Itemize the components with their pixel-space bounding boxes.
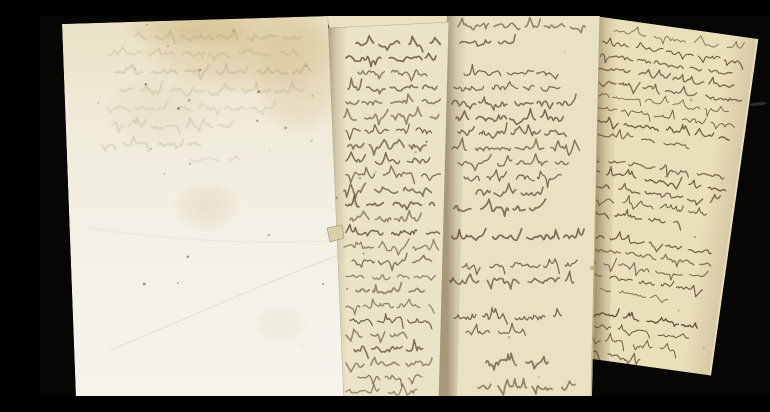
stain <box>100 72 220 152</box>
wax-fleck <box>590 266 594 270</box>
letters-photograph: Four overlapping antique handwritten man… <box>40 16 770 396</box>
stain <box>171 179 243 233</box>
photo-canvas <box>40 16 770 396</box>
letters-photo-svg <box>40 16 770 396</box>
letter-sheet-far-left <box>62 16 346 396</box>
stain <box>252 304 308 344</box>
